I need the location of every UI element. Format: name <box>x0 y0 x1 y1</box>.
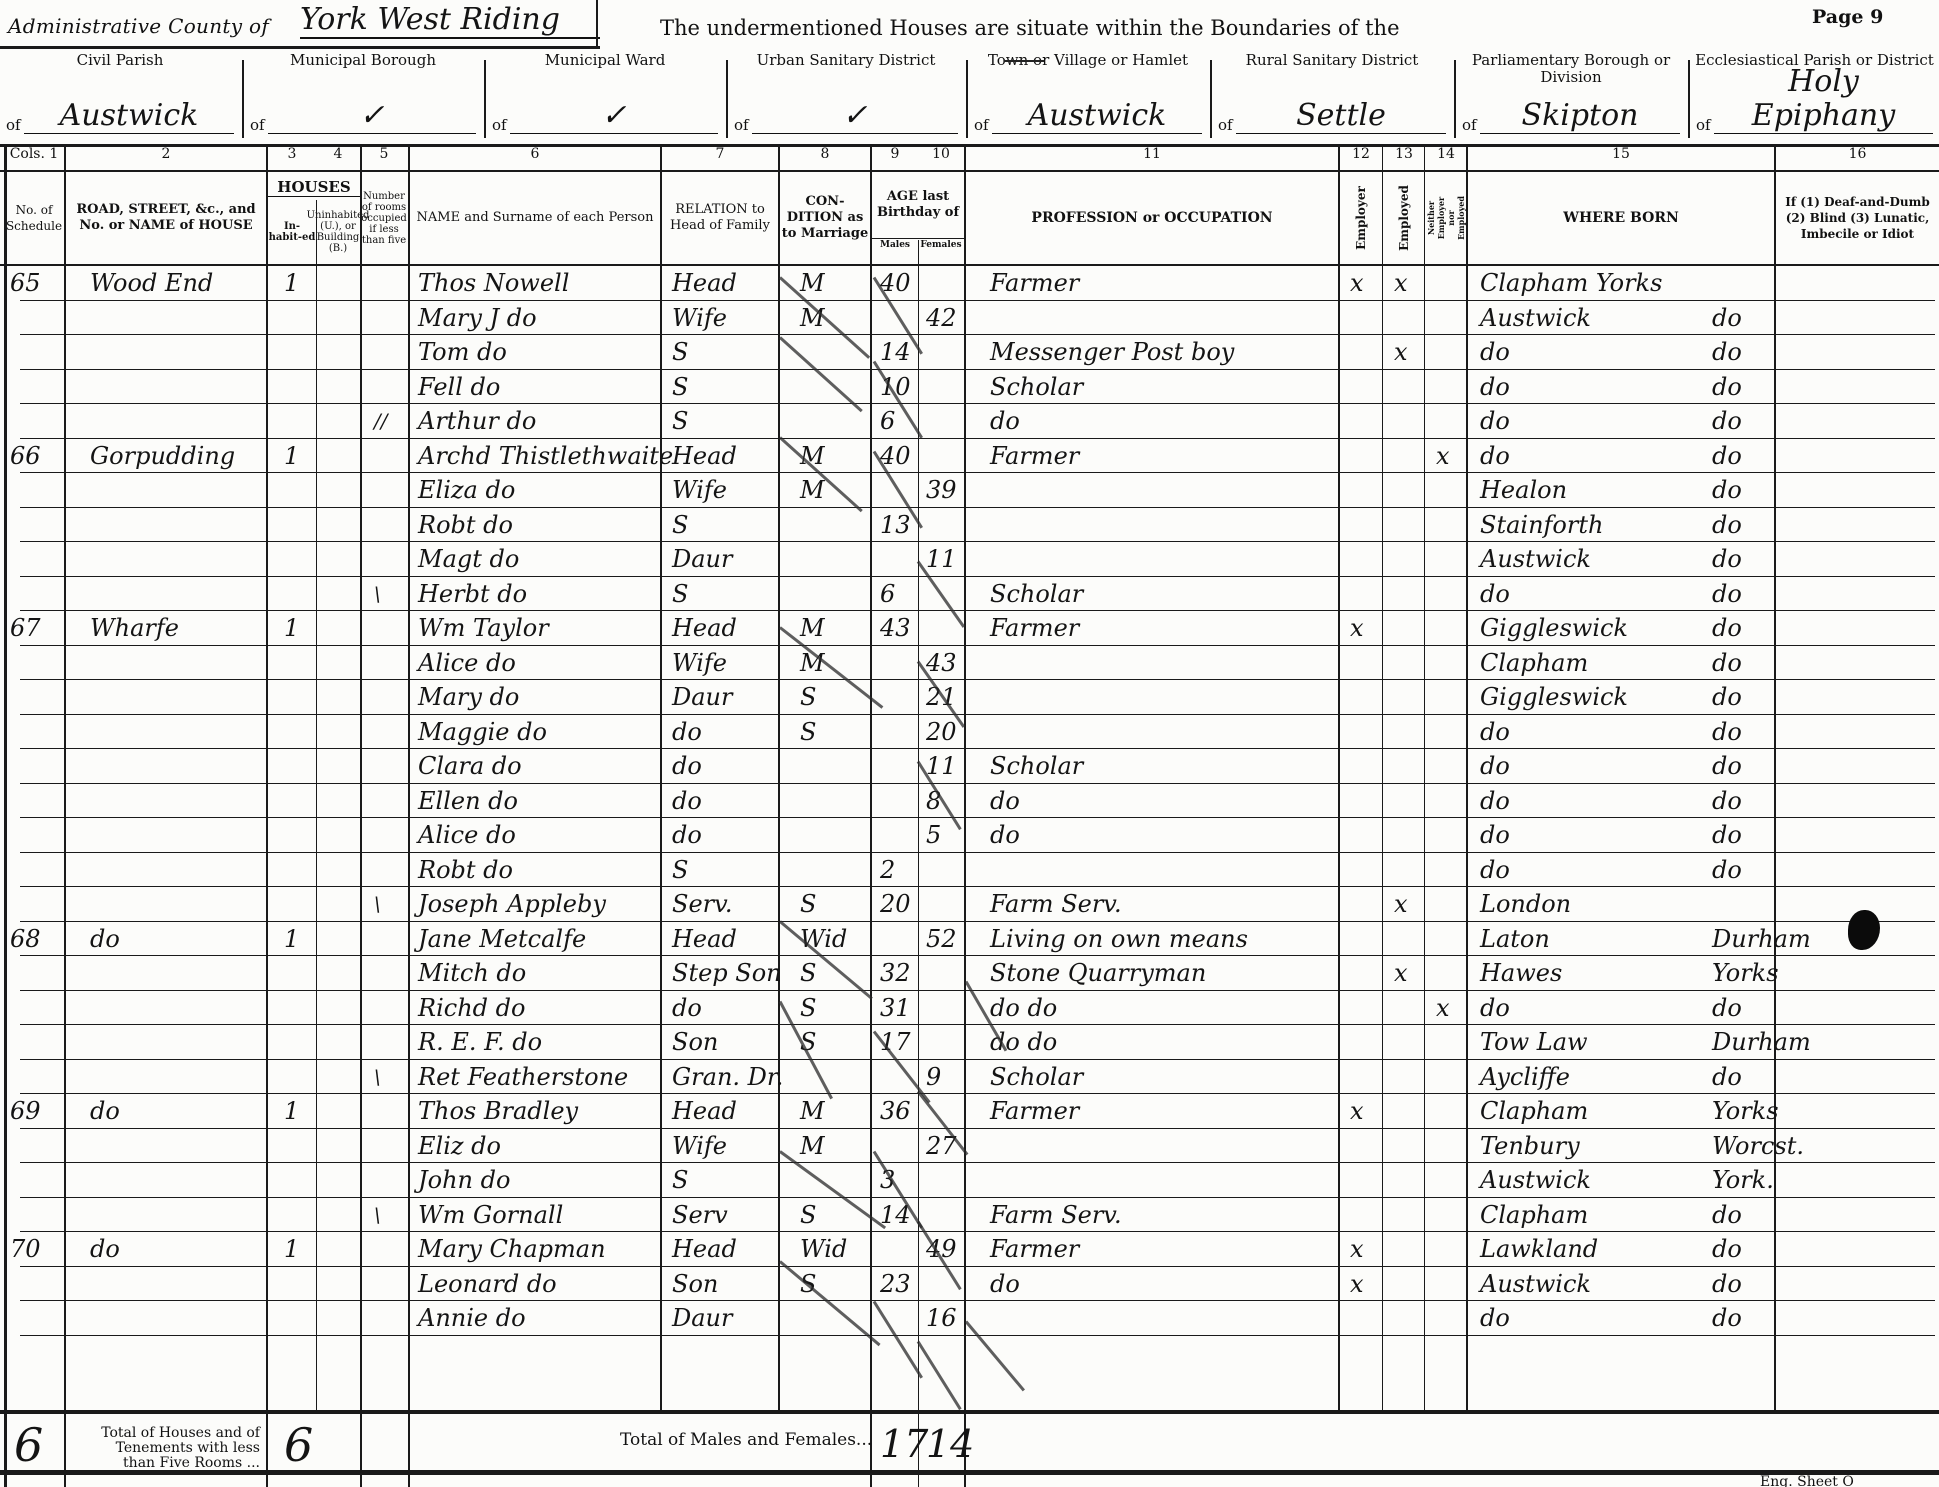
occupation-cell: do do <box>990 991 1057 1026</box>
admin-rule <box>0 46 600 49</box>
male-age-cell: 36 <box>880 1094 911 1129</box>
table-row: Richd dodoS31do doxdodo <box>0 991 1939 1026</box>
condition-cell: S <box>800 956 816 991</box>
born-county-cell: do <box>1712 542 1742 577</box>
occupation-cell: Farm Serv. <box>990 1198 1122 1233</box>
born-county-cell: do <box>1712 508 1742 543</box>
inhabited-cell: 1 <box>284 266 299 301</box>
boundary-divider <box>484 60 486 138</box>
born-place-cell: do <box>1480 818 1510 853</box>
table-row: \Herbt doS6Scholardodo <box>0 577 1939 612</box>
occupation-cell: Scholar <box>990 1060 1083 1095</box>
condition-cell: Wid <box>800 922 847 957</box>
boundary-divider <box>1210 60 1212 138</box>
col-number: 15 <box>1468 146 1774 168</box>
born-place-cell: Clapham Yorks <box>1480 266 1662 301</box>
born-place-cell: Austwick <box>1480 1163 1591 1198</box>
male-age-cell: 20 <box>880 887 911 922</box>
road-cell: do <box>90 922 120 957</box>
name-cell: Fell do <box>418 370 500 405</box>
relation-cell: Step Son <box>672 956 782 991</box>
relation-cell: Head <box>672 1232 737 1267</box>
relation-cell: Wife <box>672 301 727 336</box>
table-row: Tom doS14Messenger Post boyxdodo <box>0 335 1939 370</box>
name-cell: John do <box>418 1163 510 1198</box>
born-county-cell: do <box>1712 1301 1742 1336</box>
born-place-cell: Hawes <box>1480 956 1562 991</box>
header-rooms: Number of rooms occupied if less than fi… <box>362 172 406 264</box>
name-cell: Ret Featherstone <box>418 1060 628 1095</box>
rooms-mark: \ <box>374 887 381 922</box>
col-number: 13 <box>1384 146 1424 168</box>
total-houses-value: 6 <box>284 1418 313 1472</box>
header-condition: CON-DITION as to Marriage <box>780 172 870 264</box>
relation-cell: Gran. Dr. <box>672 1060 783 1095</box>
total-schedules: 6 <box>14 1418 43 1472</box>
name-cell: Magt do <box>418 542 519 577</box>
name-cell: Wm Gornall <box>418 1198 563 1233</box>
inhabited-cell: 1 <box>284 922 299 957</box>
occupation-cell: Scholar <box>990 577 1083 612</box>
inhabited-cell: 1 <box>284 439 299 474</box>
condition-cell: S <box>800 680 816 715</box>
born-place-cell: Giggleswick <box>1480 680 1628 715</box>
occupation-cell: do <box>990 1267 1020 1302</box>
condition-cell: M <box>800 266 825 301</box>
condition-cell: S <box>800 715 816 750</box>
female-age-cell: 11 <box>926 542 957 577</box>
inhabited-cell: 1 <box>284 1232 299 1267</box>
condition-cell: M <box>800 611 825 646</box>
relation-cell: do <box>672 749 702 784</box>
male-age-cell: 14 <box>880 335 911 370</box>
condition-cell: Wid <box>800 1232 847 1267</box>
table-row: Robt doS2dodo <box>0 853 1939 888</box>
born-county-cell: do <box>1712 404 1742 439</box>
table-row: Alice dodo5dododo <box>0 818 1939 853</box>
relation-cell: Serv. <box>672 887 732 922</box>
page-number: Page 9 <box>1812 6 1883 28</box>
male-age-cell: 32 <box>880 956 911 991</box>
col-number: 16 <box>1776 146 1939 168</box>
header-road: ROAD, STREET, &c., and No. or NAME of HO… <box>66 172 266 264</box>
table-row: Magt doDaur11Austwickdo <box>0 542 1939 577</box>
name-cell: Mary J do <box>418 301 537 336</box>
col-number: 11 <box>966 146 1338 168</box>
name-cell: Ellen do <box>418 784 518 819</box>
relation-cell: Daur <box>672 542 732 577</box>
header-employed: Employed <box>1384 172 1424 264</box>
condition-cell: S <box>800 991 816 1026</box>
name-cell: Eliz do <box>418 1129 501 1164</box>
road-cell: Gorpudding <box>90 439 235 474</box>
born-place-cell: Clapham <box>1480 1094 1588 1129</box>
name-cell: R. E. F. do <box>418 1025 542 1060</box>
relation-cell: Serv <box>672 1198 728 1233</box>
relation-cell: S <box>672 508 688 543</box>
boundary-municipal-ward: Municipal Ward of ✓ <box>486 52 724 142</box>
born-county-cell: do <box>1712 818 1742 853</box>
name-cell: Clara do <box>418 749 522 784</box>
name-cell: Archd Thistlethwaite <box>418 439 673 474</box>
col-number: 10 <box>918 146 964 168</box>
occupation-cell: Messenger Post boy <box>990 335 1234 370</box>
male-age-cell: 6 <box>880 577 895 612</box>
relation-cell: do <box>672 784 702 819</box>
table-row: 70do1Mary ChapmanHeadWid49FarmerxLawklan… <box>0 1232 1939 1267</box>
table-row: John doS3AustwickYork. <box>0 1163 1939 1198</box>
enumerator-tick-stroke <box>917 1341 962 1410</box>
name-cell: Annie do <box>418 1301 526 1336</box>
born-place-cell: do <box>1480 784 1510 819</box>
born-place-cell: Healon <box>1480 473 1567 508</box>
header-age: AGE last Birthday of <box>872 172 964 238</box>
name-cell: Arthur do <box>418 404 536 439</box>
boundary-divider <box>966 60 968 138</box>
female-age-cell: 9 <box>926 1060 941 1095</box>
header-schedule: No. of Schedule <box>4 172 64 264</box>
struck-town-word <box>1004 60 1044 62</box>
col-number: 7 <box>662 146 778 168</box>
relation-cell: Wife <box>672 473 727 508</box>
table-row: 66Gorpudding1Archd ThistlethwaiteHeadM40… <box>0 439 1939 474</box>
col-number: 3 <box>268 146 316 168</box>
road-cell: Wharfe <box>90 611 179 646</box>
age-subrule <box>872 238 964 239</box>
header-houses: HOUSES <box>268 178 360 197</box>
born-place-cell: do <box>1480 370 1510 405</box>
name-cell: Eliza do <box>418 473 515 508</box>
admin-county-value: York West Riding <box>300 2 600 39</box>
relation-cell: Head <box>672 611 737 646</box>
born-county-cell: do <box>1712 749 1742 784</box>
header-neither: Neither Employer nor Employed <box>1426 172 1466 264</box>
born-county-cell: do <box>1712 1060 1742 1095</box>
table-row: Annie doDaur16dodo <box>0 1301 1939 1336</box>
born-place-cell: do <box>1480 1301 1510 1336</box>
table-row: Ellen dodo8dododo <box>0 784 1939 819</box>
col-number: 2 <box>66 146 266 168</box>
table-row: 69do1Thos BradleyHeadM36FarmerxClaphamYo… <box>0 1094 1939 1129</box>
name-cell: Alice do <box>418 818 516 853</box>
table-row: R. E. F. doSonS17do doTow LawDurham <box>0 1025 1939 1060</box>
born-place-cell: do <box>1480 715 1510 750</box>
table-row: //Arthur doS6dododo <box>0 404 1939 439</box>
table-row: \Wm GornallServS14Farm Serv.Claphamdo <box>0 1198 1939 1233</box>
occupation-cell: Farm Serv. <box>990 887 1122 922</box>
occupation-cell: do <box>990 784 1020 819</box>
female-age-cell: 43 <box>926 646 957 681</box>
rooms-mark: \ <box>374 1060 381 1095</box>
condition-cell: M <box>800 1094 825 1129</box>
condition-cell: M <box>800 1129 825 1164</box>
boundary-village-or-hamlet: Town or Village or Hamlet of Austwick <box>968 52 1208 142</box>
name-cell: Robt do <box>418 853 513 888</box>
born-county-cell: do <box>1712 1232 1742 1267</box>
inhabited-cell: 1 <box>284 611 299 646</box>
employer-mark: x <box>1350 1232 1364 1267</box>
born-place-cell: Tow Law <box>1480 1025 1588 1060</box>
relation-cell: Daur <box>672 1301 732 1336</box>
born-place-cell: Austwick <box>1480 542 1591 577</box>
name-cell: Mary Chapman <box>418 1232 606 1267</box>
neither-mark: x <box>1436 439 1450 474</box>
condition-cell: S <box>800 887 816 922</box>
born-place-cell: Tenbury <box>1480 1129 1580 1164</box>
employer-mark: x <box>1350 611 1364 646</box>
born-place-cell: do <box>1480 404 1510 439</box>
name-cell: Richd do <box>418 991 525 1026</box>
relation-cell: do <box>672 991 702 1026</box>
header-relation: RELATION to Head of Family <box>662 172 778 264</box>
table-row: Mary doDaurS21Giggleswickdo <box>0 680 1939 715</box>
relation-cell: S <box>672 335 688 370</box>
condition-cell: S <box>800 1198 816 1233</box>
born-county-cell: do <box>1712 646 1742 681</box>
occupation-cell: Farmer <box>990 1232 1079 1267</box>
table-row: Eliz doWifeM27TenburyWorcst. <box>0 1129 1939 1164</box>
relation-cell: Son <box>672 1025 718 1060</box>
employer-mark: x <box>1350 1094 1364 1129</box>
male-age-cell: 2 <box>880 853 895 888</box>
born-county-cell: do <box>1712 439 1742 474</box>
table-row: Fell doS10Scholardodo <box>0 370 1939 405</box>
census-page: Administrative County of York West Ridin… <box>0 0 1939 1487</box>
boundary-rural-sanitary-district: Rural Sanitary District of Settle <box>1212 52 1452 142</box>
boundary-divider <box>1688 60 1690 138</box>
header-infirmity: If (1) Deaf-and-Dumb (2) Blind (3) Lunat… <box>1776 172 1939 264</box>
born-place-cell: do <box>1480 749 1510 784</box>
table-row: Mary J doWifeM42Austwickdo <box>0 301 1939 336</box>
female-age-cell: 52 <box>926 922 957 957</box>
schedule-cell: 69 <box>10 1094 41 1129</box>
col-number: 6 <box>410 146 660 168</box>
table-row: \Joseph ApplebyServ.S20Farm Serv.xLondon <box>0 887 1939 922</box>
table-row: 65Wood End1Thos NowellHeadM40FarmerxxCla… <box>0 266 1939 301</box>
born-county-cell: Durham <box>1712 1025 1811 1060</box>
name-cell: Herbt do <box>418 577 527 612</box>
born-county-cell: Worcst. <box>1712 1129 1804 1164</box>
boundaries-text: The undermentioned Houses are situate wi… <box>660 16 1400 40</box>
name-cell: Thos Bradley <box>418 1094 578 1129</box>
road-cell: do <box>90 1094 120 1129</box>
employed-mark: x <box>1394 887 1408 922</box>
header-males: Males <box>872 240 918 250</box>
road-cell: do <box>90 1232 120 1267</box>
table-row: \Ret FeatherstoneGran. Dr.9ScholarAyclif… <box>0 1060 1939 1095</box>
condition-cell: M <box>800 473 825 508</box>
born-county-cell: do <box>1712 1267 1742 1302</box>
name-cell: Wm Taylor <box>418 611 549 646</box>
header-employer: Employer <box>1340 172 1382 264</box>
name-cell: Robt do <box>418 508 513 543</box>
table-row: 68do1Jane MetcalfeHeadWid52Living on own… <box>0 922 1939 957</box>
relation-cell: S <box>672 1163 688 1198</box>
born-place-cell: Stainforth <box>1480 508 1603 543</box>
schedule-cell: 68 <box>10 922 41 957</box>
occupation-cell: Stone Quarryman <box>990 956 1206 991</box>
relation-cell: S <box>672 404 688 439</box>
born-county-cell: do <box>1712 1198 1742 1233</box>
female-age-cell: 5 <box>926 818 941 853</box>
relation-cell: do <box>672 818 702 853</box>
occupation-cell: Scholar <box>990 370 1083 405</box>
employed-mark: x <box>1394 266 1408 301</box>
born-place-cell: Laton <box>1480 922 1550 957</box>
table-row: Leonard doSonS23doxAustwickdo <box>0 1267 1939 1302</box>
born-place-cell: do <box>1480 577 1510 612</box>
admin-box-edge <box>596 0 598 48</box>
occupation-cell: Farmer <box>990 611 1079 646</box>
boundary-divider <box>242 60 244 138</box>
born-place-cell: Austwick <box>1480 1267 1591 1302</box>
relation-cell: Head <box>672 439 737 474</box>
relation-cell: Head <box>672 266 737 301</box>
occupation-cell: Scholar <box>990 749 1083 784</box>
boundary-divider <box>726 60 728 138</box>
rooms-mark: \ <box>374 1198 381 1233</box>
table-row: Maggie dodoS20dodo <box>0 715 1939 750</box>
male-age-cell: 6 <box>880 404 895 439</box>
born-place-cell: do <box>1480 439 1510 474</box>
born-place-cell: London <box>1480 887 1571 922</box>
born-place-cell: do <box>1480 335 1510 370</box>
relation-cell: do <box>672 715 702 750</box>
name-cell: Jane Metcalfe <box>418 922 586 957</box>
born-county-cell: do <box>1712 301 1742 336</box>
female-age-cell: 39 <box>926 473 957 508</box>
relation-cell: Head <box>672 1094 737 1129</box>
boundary-urban-sanitary-district: Urban Sanitary District of ✓ <box>728 52 964 142</box>
footer-note: Eng. Sheet O <box>1760 1474 1854 1487</box>
employer-mark: x <box>1350 266 1364 301</box>
header-name: NAME and Surname of each Person <box>410 172 660 264</box>
header-uninhabited: Uninhabited (U.), or Building (B.) <box>316 200 360 264</box>
table-row: 67Wharfe1Wm TaylorHeadM43FarmerxGigglesw… <box>0 611 1939 646</box>
relation-cell: Head <box>672 922 737 957</box>
occupation-cell: Farmer <box>990 439 1079 474</box>
neither-mark: x <box>1436 991 1450 1026</box>
born-place-cell: Clapham <box>1480 1198 1588 1233</box>
female-age-cell: 20 <box>926 715 957 750</box>
occupation-cell: Farmer <box>990 266 1079 301</box>
born-county-cell: do <box>1712 335 1742 370</box>
born-county-cell: Yorks <box>1712 956 1779 991</box>
name-cell: Joseph Appleby <box>418 887 606 922</box>
rooms-mark: // <box>374 404 387 439</box>
occupation-cell: Living on own means <box>990 922 1248 957</box>
born-county-cell: do <box>1712 784 1742 819</box>
born-place-cell: Giggleswick <box>1480 611 1628 646</box>
occupation-cell: do <box>990 404 1020 439</box>
boundary-parliamentary-division: Parliamentary Borough or Division of Ski… <box>1456 52 1686 142</box>
born-place-cell: do <box>1480 853 1510 888</box>
header-occupation: PROFESSION or OCCUPATION <box>966 172 1338 264</box>
male-age-cell: 31 <box>880 991 911 1026</box>
born-county-cell: Durham <box>1712 922 1811 957</box>
schedule-cell: 70 <box>10 1232 41 1267</box>
name-cell: Thos Nowell <box>418 266 569 301</box>
boundary-municipal-borough: Municipal Borough of ✓ <box>244 52 482 142</box>
total-males: 17 <box>880 1422 928 1466</box>
male-age-cell: 13 <box>880 508 911 543</box>
admin-county-label: Administrative County of <box>8 14 269 38</box>
female-age-cell: 42 <box>926 301 957 336</box>
born-county-cell: do <box>1712 577 1742 612</box>
schedule-cell: 67 <box>10 611 41 646</box>
name-cell: Mary do <box>418 680 519 715</box>
road-cell: Wood End <box>90 266 213 301</box>
born-place-cell: do <box>1480 991 1510 1026</box>
name-cell: Leonard do <box>418 1267 557 1302</box>
header-females: Females <box>918 240 964 250</box>
table-row: Alice doWifeM43Claphamdo <box>0 646 1939 681</box>
rooms-mark: \ <box>374 577 381 612</box>
female-age-cell: 16 <box>926 1301 957 1336</box>
schedule-cell: 65 <box>10 266 41 301</box>
col-number: 14 <box>1426 146 1466 168</box>
relation-cell: Daur <box>672 680 732 715</box>
col-number: 12 <box>1340 146 1382 168</box>
employer-mark: x <box>1350 1267 1364 1302</box>
male-age-cell: 43 <box>880 611 911 646</box>
born-place-cell: Clapham <box>1480 646 1588 681</box>
table-row: Clara dodo11Scholardodo <box>0 749 1939 784</box>
boundary-divider <box>1454 60 1456 138</box>
born-place-cell: Aycliffe <box>1480 1060 1570 1095</box>
name-cell: Tom do <box>418 335 507 370</box>
total-females: 14 <box>926 1422 974 1466</box>
employed-mark: x <box>1394 335 1408 370</box>
born-county-cell: Yorks <box>1712 1094 1779 1129</box>
relation-cell: Wife <box>672 1129 727 1164</box>
col-number: 4 <box>316 146 360 168</box>
relation-cell: Wife <box>672 646 727 681</box>
col-number: 9 <box>872 146 918 168</box>
col-number: 8 <box>780 146 870 168</box>
occupation-cell: Farmer <box>990 1094 1079 1129</box>
col-number: 5 <box>362 146 406 168</box>
employed-mark: x <box>1394 956 1408 991</box>
name-cell: Maggie do <box>418 715 547 750</box>
inhabited-cell: 1 <box>284 1094 299 1129</box>
born-place-cell: Lawkland <box>1480 1232 1598 1267</box>
born-county-cell: do <box>1712 853 1742 888</box>
born-county-cell: do <box>1712 611 1742 646</box>
table-row: Robt doS13Stainforthdo <box>0 508 1939 543</box>
boundary-civil-parish: Civil Parish of Austwick <box>0 52 240 142</box>
occupation-cell: do <box>990 818 1020 853</box>
born-county-cell: do <box>1712 715 1742 750</box>
table-row: Eliza doWifeM39Healondo <box>0 473 1939 508</box>
male-age-cell: 23 <box>880 1267 911 1302</box>
relation-cell: S <box>672 370 688 405</box>
total-persons-label: Total of Males and Females... <box>620 1430 872 1450</box>
name-cell: Alice do <box>418 646 516 681</box>
born-place-cell: Austwick <box>1480 301 1591 336</box>
born-county-cell: do <box>1712 370 1742 405</box>
born-county-cell: do <box>1712 991 1742 1026</box>
col-number: Cols. 1 <box>4 146 64 168</box>
born-county-cell: York. <box>1712 1163 1774 1198</box>
page-bottom-rule <box>0 1470 1939 1475</box>
born-county-cell: do <box>1712 473 1742 508</box>
relation-cell: Son <box>672 1267 718 1302</box>
schedule-cell: 66 <box>10 439 41 474</box>
header-where-born: WHERE BORN <box>1468 172 1774 264</box>
boundary-ecclesiastical-parish: Ecclesiastical Parish or District of Hol… <box>1690 52 1939 142</box>
totals-top-rule <box>0 1410 1939 1414</box>
